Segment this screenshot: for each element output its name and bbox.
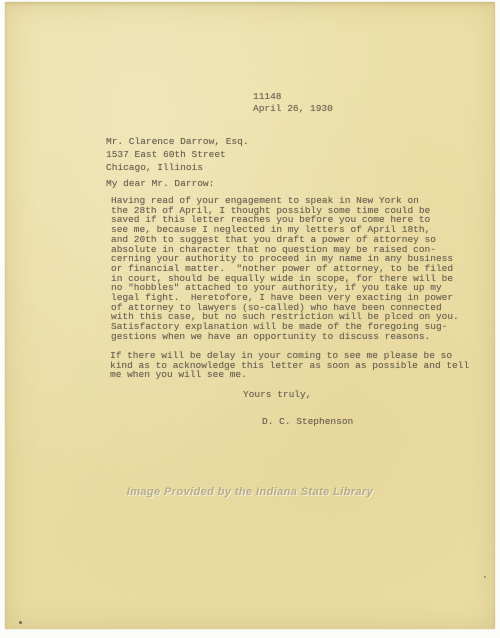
recipient-address-block: Mr. Clarence Darrow, Esq. 1537 East 60th… bbox=[106, 135, 249, 174]
reference-number: 11148 bbox=[253, 91, 282, 102]
scanned-letter-image: 11148 April 26, 1930 Mr. Clarence Darrow… bbox=[0, 0, 500, 638]
paper-speck bbox=[484, 576, 486, 578]
library-watermark: Image Provided by the Indiana State Libr… bbox=[5, 486, 495, 498]
letter-date: April 26, 1930 bbox=[253, 103, 333, 114]
salutation: My dear Mr. Darrow: bbox=[106, 179, 214, 189]
signature-name: D. C. Stephenson bbox=[262, 417, 353, 427]
paper-speck bbox=[19, 621, 22, 624]
reference-and-date-block: 11148 April 26, 1930 bbox=[253, 91, 333, 114]
letter-body-paragraph-1: Having read of your engagement to speak … bbox=[111, 196, 459, 342]
complimentary-close: Yours truly, bbox=[243, 390, 311, 400]
letter-body-paragraph-2: If there will be delay in your coming to… bbox=[110, 351, 469, 380]
letter-page: 11148 April 26, 1930 Mr. Clarence Darrow… bbox=[5, 2, 495, 629]
